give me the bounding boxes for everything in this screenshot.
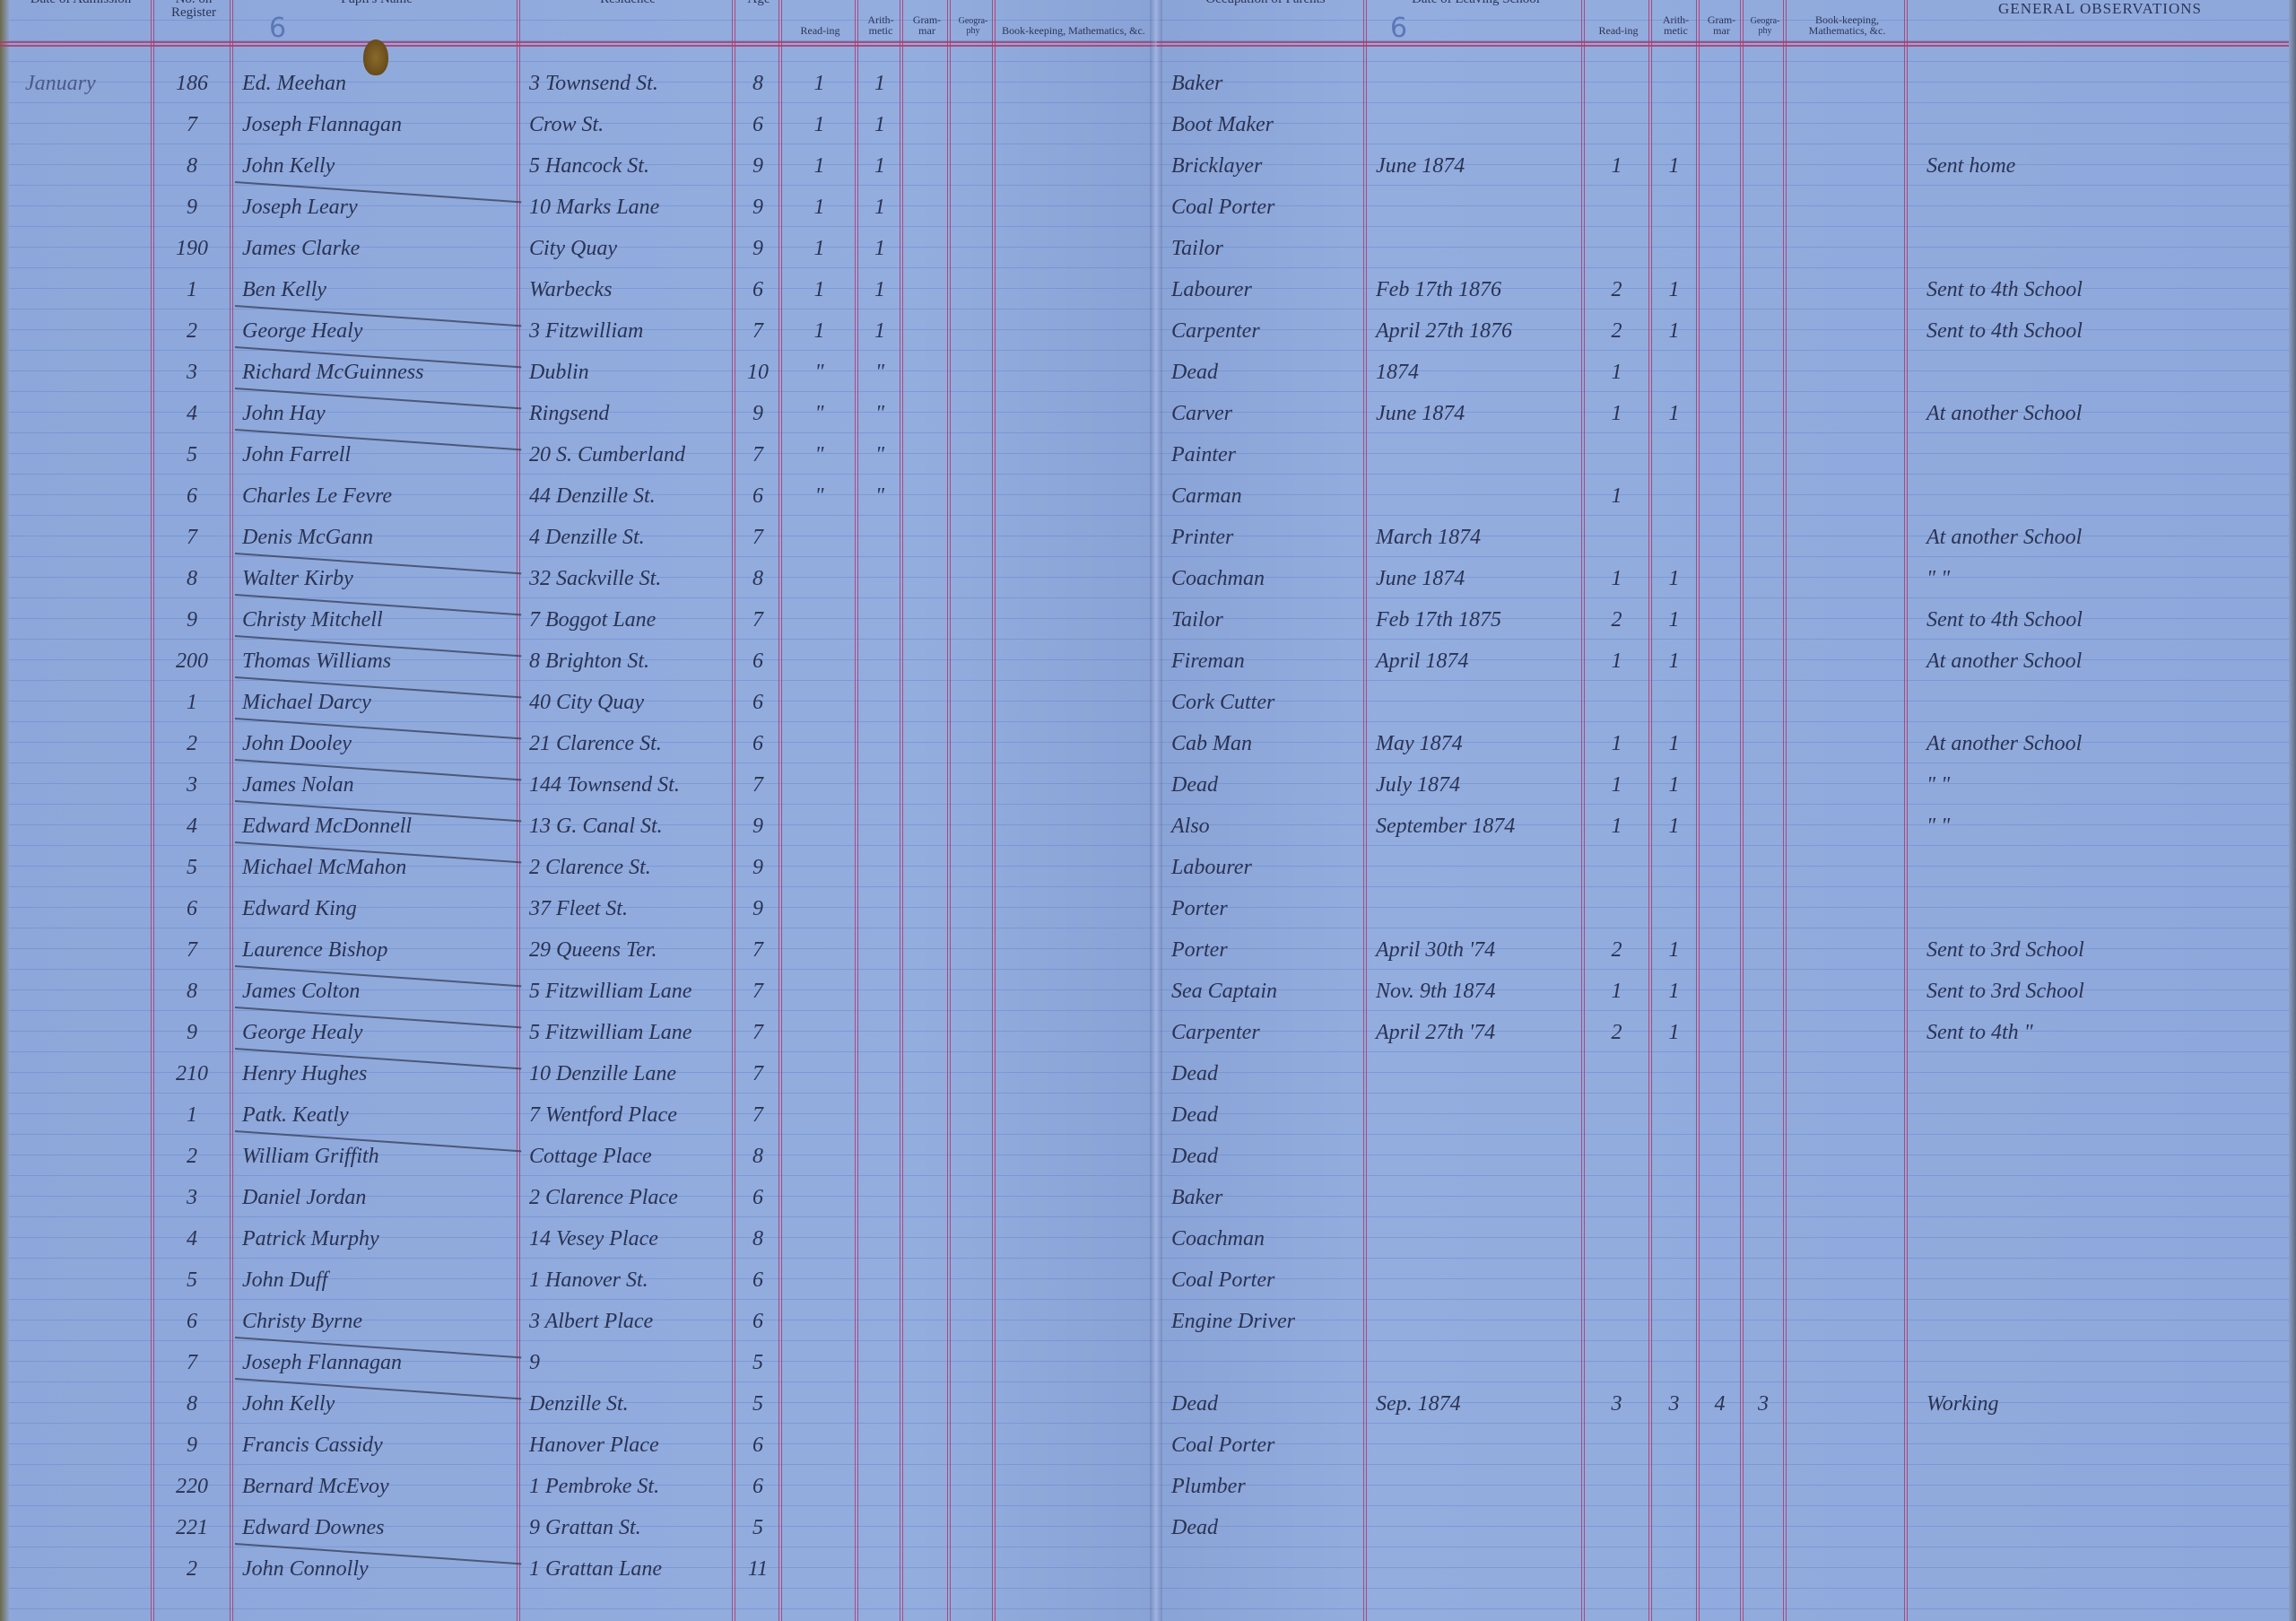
leaving-geography-cell: [1744, 269, 1783, 310]
leaving-row: Dead: [1157, 1507, 2296, 1548]
leaving-grammar-cell: [1700, 1466, 1740, 1507]
leaving-arithmetic-cell: 1: [1652, 269, 1696, 310]
date-of-admission-cell: [18, 558, 152, 599]
arithmetic-cell: ": [858, 475, 901, 517]
residence-cell: 5 Fitzwilliam Lane: [522, 971, 734, 1012]
header-occupation: Occupation of Parents: [1166, 0, 1365, 34]
leaving-geography-cell: [1744, 1466, 1783, 1507]
register-row: 1Patk. Keatly7 Wentford Place7: [0, 1094, 1157, 1136]
pupil-name-cell: Ben Kelly: [235, 269, 518, 310]
residence-cell: 3 Albert Place: [522, 1301, 734, 1342]
residence-cell: Crow St.: [522, 104, 734, 145]
observation-cell: At another School: [1919, 517, 2287, 558]
observation-cell: Sent to 3rd School: [1919, 929, 2287, 971]
leaving-arithmetic-cell: [1652, 1053, 1696, 1094]
age-cell: 9: [735, 847, 780, 888]
register-row: 7Laurence Bishop29 Queens Ter.7: [0, 929, 1157, 971]
age-cell: 7: [735, 971, 780, 1012]
date-of-admission-cell: [18, 682, 152, 723]
arithmetic-cell: [858, 1259, 901, 1301]
leaving-reading-cell: [1585, 63, 1648, 104]
register-row: 2William GriffithCottage Place8: [0, 1136, 1157, 1177]
register-row: 3James Nolan144 Townsend St.7: [0, 764, 1157, 806]
leaving-row: Plumber: [1157, 1466, 2296, 1507]
leaving-row: CoachmanJune 187411" ": [1157, 558, 2296, 599]
occupation-cell: Carman: [1164, 475, 1363, 517]
leaving-arithmetic-cell: [1652, 1094, 1696, 1136]
pupil-name-cell: John Hay: [235, 393, 518, 434]
residence-cell: 10 Marks Lane: [522, 187, 734, 228]
observation-cell: Sent to 4th School: [1919, 310, 2287, 352]
pupil-name-cell: James Colton: [235, 971, 518, 1012]
leaving-date-cell: [1369, 1507, 1581, 1548]
reading-cell: [782, 1301, 857, 1342]
register-row: 220Bernard McEvoy1 Pembroke St.6: [0, 1466, 1157, 1507]
pupil-name-cell: Patrick Murphy: [235, 1218, 518, 1259]
register-row: 190James ClarkeCity Quay911: [0, 228, 1157, 269]
date-of-admission-cell: [18, 393, 152, 434]
date-of-admission-cell: [18, 310, 152, 352]
register-number-cell: 1: [152, 682, 231, 723]
reading-cell: [782, 1136, 857, 1177]
header-residence: Residence: [522, 0, 734, 34]
leaving-arithmetic-cell: [1652, 187, 1696, 228]
register-number-cell: 5: [152, 847, 231, 888]
observation-cell: [1919, 228, 2287, 269]
reading-cell: [782, 1094, 857, 1136]
arithmetic-cell: [858, 1548, 901, 1590]
leaving-row: Dead: [1157, 1094, 2296, 1136]
observation-cell: [1919, 1507, 2287, 1548]
reading-cell: ": [782, 475, 857, 517]
header-grammar: Gram-mar: [905, 0, 949, 41]
arithmetic-cell: [858, 1342, 901, 1383]
leaving-date-cell: [1369, 434, 1581, 475]
leaving-reading-cell: [1585, 1466, 1648, 1507]
leaving-arithmetic-cell: 1: [1652, 806, 1696, 847]
leaving-arithmetic-cell: [1652, 475, 1696, 517]
reading-cell: [782, 929, 857, 971]
leaving-grammar-cell: [1700, 1259, 1740, 1301]
observation-cell: " ": [1919, 806, 2287, 847]
observation-cell: [1919, 1342, 2287, 1383]
header-rule: [0, 41, 1157, 47]
leaving-reading-cell: 1: [1585, 806, 1648, 847]
leaving-arithmetic-cell: 1: [1652, 310, 1696, 352]
arithmetic-cell: ": [858, 434, 901, 475]
date-of-admission-cell: [18, 352, 152, 393]
leaving-arithmetic-cell: [1652, 847, 1696, 888]
pupil-name-cell: Laurence Bishop: [235, 929, 518, 971]
register-row: 9Christy Mitchell7 Boggot Lane7: [0, 599, 1157, 641]
leaving-date-cell: [1369, 1259, 1581, 1301]
observation-cell: [1919, 475, 2287, 517]
leaving-geography-cell: [1744, 517, 1783, 558]
residence-cell: 8 Brighton St.: [522, 641, 734, 682]
leaving-row: Coachman: [1157, 1218, 2296, 1259]
reading-cell: [782, 517, 857, 558]
leaving-row: Sea CaptainNov. 9th 187411Sent to 3rd Sc…: [1157, 971, 2296, 1012]
register-number-cell: 6: [152, 1301, 231, 1342]
occupation-cell: Cab Man: [1164, 723, 1363, 764]
leaving-row: CarverJune 187411At another School: [1157, 393, 2296, 434]
leaving-grammar-cell: [1700, 929, 1740, 971]
register-row: 6Edward King37 Fleet St.9: [0, 888, 1157, 929]
register-number-cell: 9: [152, 1425, 231, 1466]
reading-cell: [782, 847, 857, 888]
date-of-admission-cell: [18, 434, 152, 475]
age-cell: 8: [735, 558, 780, 599]
leaving-geography-cell: [1744, 723, 1783, 764]
leaving-geography-cell: [1744, 971, 1783, 1012]
leaving-geography-cell: [1744, 1301, 1783, 1342]
reading-cell: ": [782, 393, 857, 434]
occupation-cell: Fireman: [1164, 641, 1363, 682]
arithmetic-cell: [858, 1012, 901, 1053]
register-row: 1Ben KellyWarbecks611: [0, 269, 1157, 310]
leaving-grammar-cell: [1700, 971, 1740, 1012]
residence-cell: 13 G. Canal St.: [522, 806, 734, 847]
occupation-cell: Bricklayer: [1164, 145, 1363, 187]
reading-cell: [782, 558, 857, 599]
arithmetic-cell: [858, 1466, 901, 1507]
leaving-reading-cell: [1585, 1425, 1648, 1466]
leaving-row: CarpenterApril 27th 187621Sent to 4th Sc…: [1157, 310, 2296, 352]
arithmetic-cell: [858, 1425, 901, 1466]
age-cell: 8: [735, 1136, 780, 1177]
leaving-date-cell: Sep. 1874: [1369, 1383, 1581, 1425]
reading-cell: [782, 1177, 857, 1218]
leaving-date-cell: April 27th '74: [1369, 1012, 1581, 1053]
leaving-reading-cell: 1: [1585, 641, 1648, 682]
register-number-cell: 3: [152, 1177, 231, 1218]
age-cell: 7: [735, 929, 780, 971]
reading-cell: [782, 888, 857, 929]
date-of-admission-cell: [18, 187, 152, 228]
leaving-date-cell: April 27th 1876: [1369, 310, 1581, 352]
register-row: 6Charles Le Fevre44 Denzille St.6"": [0, 475, 1157, 517]
leaving-date-cell: Nov. 9th 1874: [1369, 971, 1581, 1012]
occupation-cell: Porter: [1164, 888, 1363, 929]
date-of-admission-cell: January: [18, 63, 152, 104]
observation-cell: Sent home: [1919, 145, 2287, 187]
pupil-name-cell: Joseph Flannagan: [235, 1342, 518, 1383]
residence-cell: 9: [522, 1342, 734, 1383]
leaving-row: Boot Maker: [1157, 104, 2296, 145]
leaving-reading-cell: [1585, 1342, 1648, 1383]
residence-cell: 3 Fitzwilliam: [522, 310, 734, 352]
register-number-cell: 4: [152, 393, 231, 434]
observation-cell: Sent to 3rd School: [1919, 971, 2287, 1012]
occupation-cell: Also: [1164, 806, 1363, 847]
leaving-row: Coal Porter: [1157, 1259, 2296, 1301]
leaving-geography-cell: [1744, 187, 1783, 228]
observation-cell: " ": [1919, 558, 2287, 599]
reading-cell: [782, 1466, 857, 1507]
register-row: 210Henry Hughes10 Denzille Lane7: [0, 1053, 1157, 1094]
leaving-reading-cell: 2: [1585, 929, 1648, 971]
leaving-row: Coal Porter: [1157, 1425, 2296, 1466]
register-row: 2John Connolly1 Grattan Lane11: [0, 1548, 1157, 1590]
register-number-cell: 6: [152, 888, 231, 929]
age-cell: 8: [735, 1218, 780, 1259]
leaving-date-cell: [1369, 1342, 1581, 1383]
pupil-name-cell: Edward King: [235, 888, 518, 929]
leaving-grammar-cell: [1700, 1507, 1740, 1548]
register-row: 9Francis CassidyHanover Place6: [0, 1425, 1157, 1466]
leaving-grammar-cell: [1700, 228, 1740, 269]
reading-cell: [782, 1507, 857, 1548]
leaving-arithmetic-cell: [1652, 1301, 1696, 1342]
header-leaving-reading: Read-ing: [1587, 0, 1650, 41]
leaving-grammar-cell: [1700, 1301, 1740, 1342]
leaving-grammar-cell: [1700, 723, 1740, 764]
leaving-reading-cell: [1585, 682, 1648, 723]
date-of-admission-cell: [18, 1259, 152, 1301]
residence-cell: 44 Denzille St.: [522, 475, 734, 517]
residence-cell: 10 Denzille Lane: [522, 1053, 734, 1094]
leaving-geography-cell: [1744, 228, 1783, 269]
age-cell: 6: [735, 723, 780, 764]
age-cell: 9: [735, 145, 780, 187]
arithmetic-cell: [858, 599, 901, 641]
leaving-grammar-cell: [1700, 558, 1740, 599]
register-number-cell: 1: [152, 1094, 231, 1136]
pupil-name-cell: Daniel Jordan: [235, 1177, 518, 1218]
reading-cell: 1: [782, 187, 857, 228]
occupation-cell: Cork Cutter: [1164, 682, 1363, 723]
leaving-reading-cell: 2: [1585, 269, 1648, 310]
pupil-name-cell: George Healy: [235, 1012, 518, 1053]
arithmetic-cell: [858, 1301, 901, 1342]
leaving-reading-cell: [1585, 1136, 1648, 1177]
date-of-admission-cell: [18, 929, 152, 971]
leaving-geography-cell: [1744, 888, 1783, 929]
register-number-cell: 8: [152, 971, 231, 1012]
occupation-cell: Carpenter: [1164, 1012, 1363, 1053]
header-date-of-admission: Date of Admission: [9, 0, 152, 34]
leaving-row: PorterApril 30th '7421Sent to 3rd School: [1157, 929, 2296, 971]
reading-cell: [782, 1342, 857, 1383]
register-row: 200Thomas Williams8 Brighton St.6: [0, 641, 1157, 682]
arithmetic-cell: [858, 847, 901, 888]
date-of-admission-cell: [18, 145, 152, 187]
reading-cell: [782, 1383, 857, 1425]
leaving-reading-cell: [1585, 1053, 1648, 1094]
arithmetic-cell: [858, 764, 901, 806]
leaving-grammar-cell: [1700, 1136, 1740, 1177]
leaving-reading-cell: 1: [1585, 352, 1648, 393]
leaving-grammar-cell: [1700, 1425, 1740, 1466]
occupation-cell: Coal Porter: [1164, 1259, 1363, 1301]
observation-cell: [1919, 1548, 2287, 1590]
date-of-admission-cell: [18, 1425, 152, 1466]
register-number-cell: 2: [152, 310, 231, 352]
register-number-cell: 200: [152, 641, 231, 682]
register-number-cell: 8: [152, 145, 231, 187]
date-of-admission-cell: [18, 1218, 152, 1259]
residence-cell: 14 Vesey Place: [522, 1218, 734, 1259]
header-leaving-arithmetic: Arith-metic: [1654, 0, 1698, 41]
age-cell: 7: [735, 517, 780, 558]
arithmetic-cell: 1: [858, 228, 901, 269]
pupil-name-cell: Joseph Leary: [235, 187, 518, 228]
register-row: 2George Healy3 Fitzwilliam711: [0, 310, 1157, 352]
reading-cell: [782, 806, 857, 847]
register-number-cell: 2: [152, 723, 231, 764]
age-cell: 5: [735, 1383, 780, 1425]
leaving-grammar-cell: [1700, 1342, 1740, 1383]
reading-cell: ": [782, 434, 857, 475]
age-cell: 5: [735, 1507, 780, 1548]
arithmetic-cell: 1: [858, 310, 901, 352]
leaving-reading-cell: [1585, 1507, 1648, 1548]
leaving-date-cell: [1369, 104, 1581, 145]
register-number-cell: 210: [152, 1053, 231, 1094]
header-reading: Read-ing: [784, 0, 857, 41]
age-cell: 6: [735, 1259, 780, 1301]
leaving-arithmetic-cell: [1652, 63, 1696, 104]
leaving-grammar-cell: [1700, 187, 1740, 228]
leaving-arithmetic-cell: [1652, 352, 1696, 393]
leaving-row: LabourerFeb 17th 187621Sent to 4th Schoo…: [1157, 269, 2296, 310]
pupil-name-cell: John Kelly: [235, 145, 518, 187]
pupil-name-cell: John Kelly: [235, 1383, 518, 1425]
reading-cell: [782, 1548, 857, 1590]
leaving-geography-cell: [1744, 929, 1783, 971]
leaving-reading-cell: 2: [1585, 1012, 1648, 1053]
observation-cell: [1919, 1136, 2287, 1177]
leaving-geography-cell: [1744, 1094, 1783, 1136]
date-of-admission-cell: [18, 104, 152, 145]
leaving-arithmetic-cell: 1: [1652, 393, 1696, 434]
occupation-cell: [1164, 1342, 1363, 1383]
residence-cell: 7 Wentford Place: [522, 1094, 734, 1136]
leaving-date-cell: [1369, 228, 1581, 269]
register-row: 8John KellyDenzille St.5: [0, 1383, 1157, 1425]
leaving-date-cell: [1369, 187, 1581, 228]
observation-cell: At another School: [1919, 723, 2287, 764]
residence-cell: 5 Hancock St.: [522, 145, 734, 187]
age-cell: 7: [735, 599, 780, 641]
leaving-row: Dead: [1157, 1136, 2296, 1177]
leaving-date-cell: Feb 17th 1875: [1369, 599, 1581, 641]
age-cell: 7: [735, 1094, 780, 1136]
occupation-cell: Coal Porter: [1164, 187, 1363, 228]
pupil-name-cell: Christy Mitchell: [235, 599, 518, 641]
reading-cell: [782, 1218, 857, 1259]
age-cell: 6: [735, 1177, 780, 1218]
leaving-geography-cell: [1744, 145, 1783, 187]
pupil-name-cell: John Connolly: [235, 1548, 518, 1590]
leaving-geography-cell: [1744, 434, 1783, 475]
header-age: Age: [737, 0, 780, 34]
pupil-name-cell: James Clarke: [235, 228, 518, 269]
leaving-reading-cell: [1585, 1177, 1648, 1218]
leaving-date-cell: April 30th '74: [1369, 929, 1581, 971]
age-cell: 7: [735, 310, 780, 352]
leaving-reading-cell: [1585, 1548, 1648, 1590]
pupil-name-cell: Michael McMahon: [235, 847, 518, 888]
leaving-grammar-cell: [1700, 1177, 1740, 1218]
register-row: January186Ed. Meehan3 Townsend St.811: [0, 63, 1157, 104]
pupil-name-cell: Michael Darcy: [235, 682, 518, 723]
leaving-reading-cell: [1585, 888, 1648, 929]
pupil-name-cell: Thomas Williams: [235, 641, 518, 682]
occupation-cell: Boot Maker: [1164, 104, 1363, 145]
leaving-geography-cell: [1744, 393, 1783, 434]
date-of-admission-cell: [18, 888, 152, 929]
observation-cell: [1919, 352, 2287, 393]
leaving-grammar-cell: [1700, 63, 1740, 104]
leaving-arithmetic-cell: 1: [1652, 723, 1696, 764]
leaving-reading-cell: 1: [1585, 145, 1648, 187]
header-geography: Geogra-phy: [952, 0, 994, 41]
age-cell: 7: [735, 1053, 780, 1094]
date-of-admission-cell: [18, 1342, 152, 1383]
right-page: Occupation of Parents Date of Leaving Sc…: [1157, 0, 2296, 1621]
leaving-date-cell: July 1874: [1369, 764, 1581, 806]
leaving-date-cell: [1369, 1094, 1581, 1136]
leaving-date-cell: [1369, 63, 1581, 104]
observation-cell: [1919, 1259, 2287, 1301]
leaving-arithmetic-cell: [1652, 1342, 1696, 1383]
observation-cell: [1919, 434, 2287, 475]
residence-cell: Hanover Place: [522, 1425, 734, 1466]
leaving-reading-cell: [1585, 187, 1648, 228]
arithmetic-cell: [858, 682, 901, 723]
leaving-row: Dead: [1157, 1053, 2296, 1094]
age-cell: 7: [735, 1012, 780, 1053]
register-row: 5John Farrell20 S. Cumberland7"": [0, 434, 1157, 475]
leaving-geography-cell: [1744, 641, 1783, 682]
residence-cell: 32 Sackville St.: [522, 558, 734, 599]
leaving-date-cell: Feb 17th 1876: [1369, 269, 1581, 310]
arithmetic-cell: [858, 1383, 901, 1425]
leaving-row: FiremanApril 187411At another School: [1157, 641, 2296, 682]
leaving-row: Cab ManMay 187411At another School: [1157, 723, 2296, 764]
leaving-date-cell: [1369, 1466, 1581, 1507]
leaving-geography-cell: [1744, 599, 1783, 641]
register-row: 3Daniel Jordan2 Clarence Place6: [0, 1177, 1157, 1218]
leaving-date-cell: June 1874: [1369, 558, 1581, 599]
observation-cell: [1919, 104, 2287, 145]
leaving-grammar-cell: [1700, 764, 1740, 806]
occupation-cell: Carver: [1164, 393, 1363, 434]
occupation-cell: Coachman: [1164, 558, 1363, 599]
leaving-row: [1157, 1342, 2296, 1383]
pupil-name-cell: Bernard McEvoy: [235, 1466, 518, 1507]
reading-cell: [782, 1425, 857, 1466]
register-row: 5Michael McMahon2 Clarence St.9: [0, 847, 1157, 888]
occupation-cell: Tailor: [1164, 228, 1363, 269]
residence-cell: 2 Clarence Place: [522, 1177, 734, 1218]
occupation-cell: Dead: [1164, 1136, 1363, 1177]
pupil-name-cell: Charles Le Fevre: [235, 475, 518, 517]
occupation-cell: Sea Captain: [1164, 971, 1363, 1012]
leaving-grammar-cell: [1700, 682, 1740, 723]
leaving-date-cell: [1369, 1218, 1581, 1259]
leaving-row: Tailor: [1157, 228, 2296, 269]
observation-cell: At another School: [1919, 393, 2287, 434]
reading-cell: [782, 764, 857, 806]
leaving-reading-cell: 1: [1585, 475, 1648, 517]
date-of-admission-cell: [18, 475, 152, 517]
date-of-admission-cell: [18, 1177, 152, 1218]
age-cell: 6: [735, 682, 780, 723]
leaving-reading-cell: [1585, 847, 1648, 888]
register-spread: Date of Admission No. on Register Pupil'…: [0, 0, 2296, 1621]
